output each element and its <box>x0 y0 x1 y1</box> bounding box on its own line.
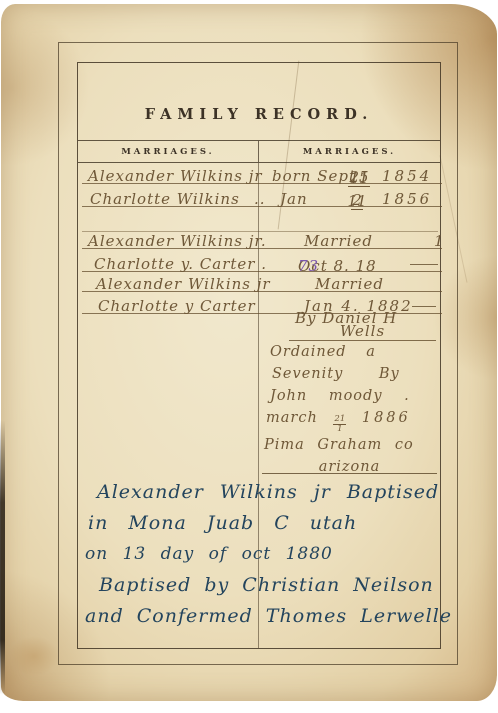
paper-stain <box>9 636 59 676</box>
marriage-row: Charlotte y. Carter . Oct 8. 1873 <box>82 253 442 272</box>
bride-name: Charlotte y. Carter . <box>94 255 267 273</box>
pen-flourish <box>412 306 436 307</box>
page-title: FAMILY RECORD. <box>145 106 374 123</box>
baptism-line: Alexander Wilkins jr Baptised <box>85 477 498 508</box>
birth-row: Charlotte Wilkins .. Jan 211 1856 <box>82 186 442 207</box>
ordination-place-line: Pima Graham co <box>262 434 437 456</box>
overwritten-digits: 73 <box>298 257 319 275</box>
marriage-event: Married <box>315 275 384 293</box>
groom-name: Alexander Wilkins jr. <box>88 232 267 250</box>
bride-name: Charlotte y Carter <box>98 297 256 315</box>
column-header-right: MARRIAGES. <box>258 141 440 162</box>
birth-row: Alexander Wilkins jr born Sept 2511 1854 <box>82 163 442 184</box>
baptism-line: and Confermed Thomes Lerwelle <box>85 601 498 632</box>
ordination-note: Ordained a Sevenity By John moody . marc… <box>262 341 437 474</box>
person-name: Charlotte Wilkins <box>90 190 240 208</box>
ordination-line: Sevenity By <box>262 363 437 385</box>
person-name: Alexander Wilkins jr <box>88 167 263 185</box>
column-header-row: MARRIAGES. MARRIAGES. <box>78 141 440 163</box>
officiator-line2: Wells <box>289 322 436 341</box>
baptism-line: on 13 day of oct 1880 <box>85 539 498 570</box>
scan-edge-shadow <box>0 420 5 695</box>
officiator-note: By Daniel H Wells <box>261 313 438 339</box>
ordination-line: John moody . <box>262 385 437 407</box>
stray-mark: 1 <box>434 232 445 250</box>
birth-label: born Sept <box>272 167 356 185</box>
family-record-table: FAMILY RECORD. MARRIAGES. MARRIAGES. Ale… <box>77 62 441 649</box>
ordination-line: Ordained a <box>262 341 437 363</box>
birth-label: Jan <box>280 190 308 208</box>
groom-name: Alexander Wilkins jr <box>96 275 271 293</box>
pen-flourish <box>410 264 438 265</box>
ordination-date-line: march 211 1886 <box>262 407 437 434</box>
baptism-note: Alexander Wilkins jr Baptised in Mona Ju… <box>85 477 498 632</box>
ordination-state-line: arizona <box>262 456 437 478</box>
marriage-event: Married <box>304 232 373 250</box>
marriage-row: Alexander Wilkins jr. Married 1 <box>82 230 442 249</box>
birth-year: 1854 <box>382 167 432 185</box>
ordination-day-fraction: 211 <box>333 415 346 434</box>
birth-year: 1856 <box>382 190 432 208</box>
baptism-line: Baptised by Christian Neilson <box>85 570 498 601</box>
marriage-row: Alexander Wilkins jr Married <box>82 275 442 292</box>
table-header: FAMILY RECORD. <box>78 63 440 141</box>
column-header-left: MARRIAGES. <box>78 141 258 162</box>
baptism-line: in Mona Juab C utah <box>85 508 498 539</box>
ditto-mark: .. <box>254 190 266 208</box>
